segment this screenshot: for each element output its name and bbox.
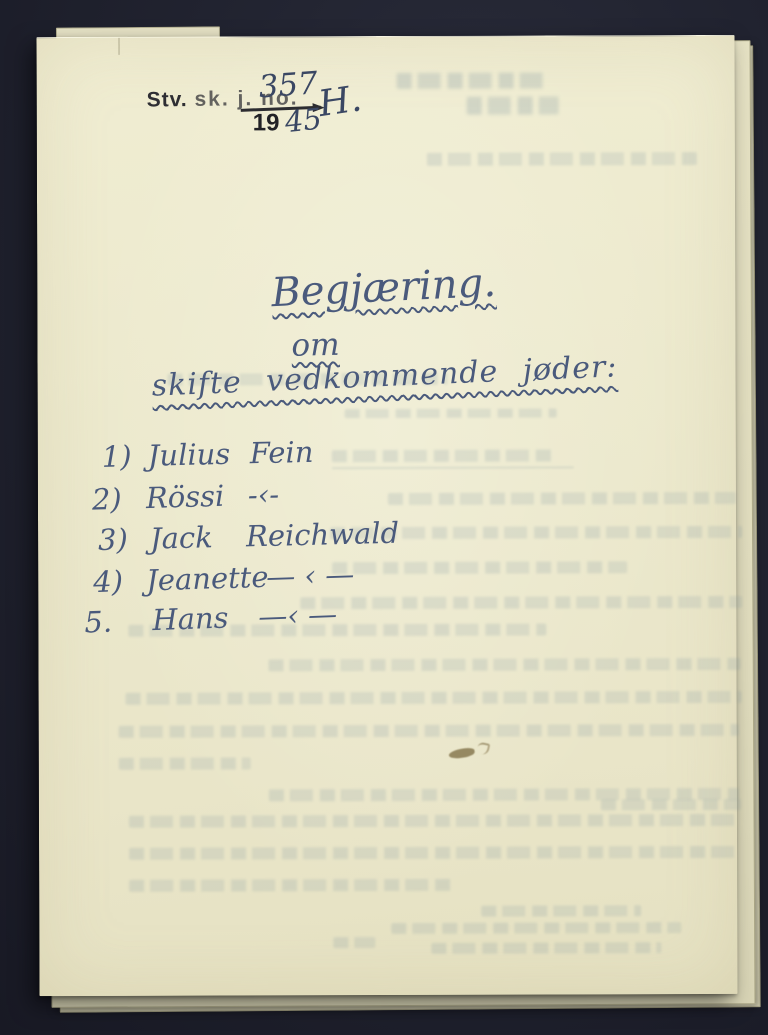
bleedthrough-line	[481, 905, 641, 917]
bleedthrough-stamp	[397, 73, 545, 89]
document-page: Stv. sk. j. no. 357 19 45 H. Begjæring. …	[36, 35, 737, 996]
item-first-name: Julius	[147, 437, 230, 473]
item-number: 3)	[98, 522, 129, 557]
title-line-1: Begjæring.	[270, 260, 497, 316]
journal-stamp: Stv. sk. j. no. 357 19 45 H.	[36, 36, 734, 38]
bleedthrough-line	[268, 658, 740, 671]
journal-year: 45	[283, 101, 323, 139]
bleedthrough-line	[119, 724, 739, 738]
stamp-printed-year: 19	[253, 109, 280, 137]
bleedthrough-line	[391, 922, 681, 934]
item-first-name: Jeanette	[146, 560, 269, 598]
bleedthrough-line	[431, 942, 661, 954]
bleedthrough-line	[126, 691, 742, 705]
stamp-label-bold: Stv.	[147, 88, 188, 112]
bleedthrough-line	[129, 879, 451, 892]
bleedthrough-line	[333, 937, 375, 948]
bleedthrough-stamp	[467, 96, 559, 114]
item-last-name: — ‹ —	[266, 557, 355, 594]
item-number: 4)	[93, 564, 124, 599]
item-last-name: —‹ —	[258, 597, 338, 634]
photo-backdrop: Stv. sk. j. no. 357 19 45 H. Begjæring. …	[0, 0, 768, 1035]
item-last-name: Fein	[249, 435, 313, 471]
item-number: 1)	[101, 439, 132, 474]
item-number: 5.	[84, 605, 113, 640]
item-last-name: Reichwald	[246, 516, 400, 554]
ink-smudge	[448, 747, 475, 760]
bleedthrough-line	[129, 814, 741, 828]
item-number: 2)	[91, 482, 122, 517]
paper-crease	[118, 38, 119, 55]
item-first-name: Jack	[150, 520, 214, 556]
title-line-3: skifte vedkommende jøder:	[151, 349, 618, 403]
title-line-2: om	[291, 327, 340, 364]
bleedthrough-line	[345, 408, 557, 418]
bleedthrough-line	[119, 757, 251, 769]
item-first-name: Hans	[152, 601, 229, 638]
journal-number: 357	[257, 65, 319, 105]
item-last-name: -‹-	[247, 477, 279, 512]
bleedthrough-line	[427, 152, 697, 166]
stamp-initial: H.	[316, 78, 364, 125]
item-first-name: Rössi	[145, 479, 224, 515]
bleedthrough-line	[601, 799, 741, 810]
bleedthrough-line	[129, 846, 741, 860]
